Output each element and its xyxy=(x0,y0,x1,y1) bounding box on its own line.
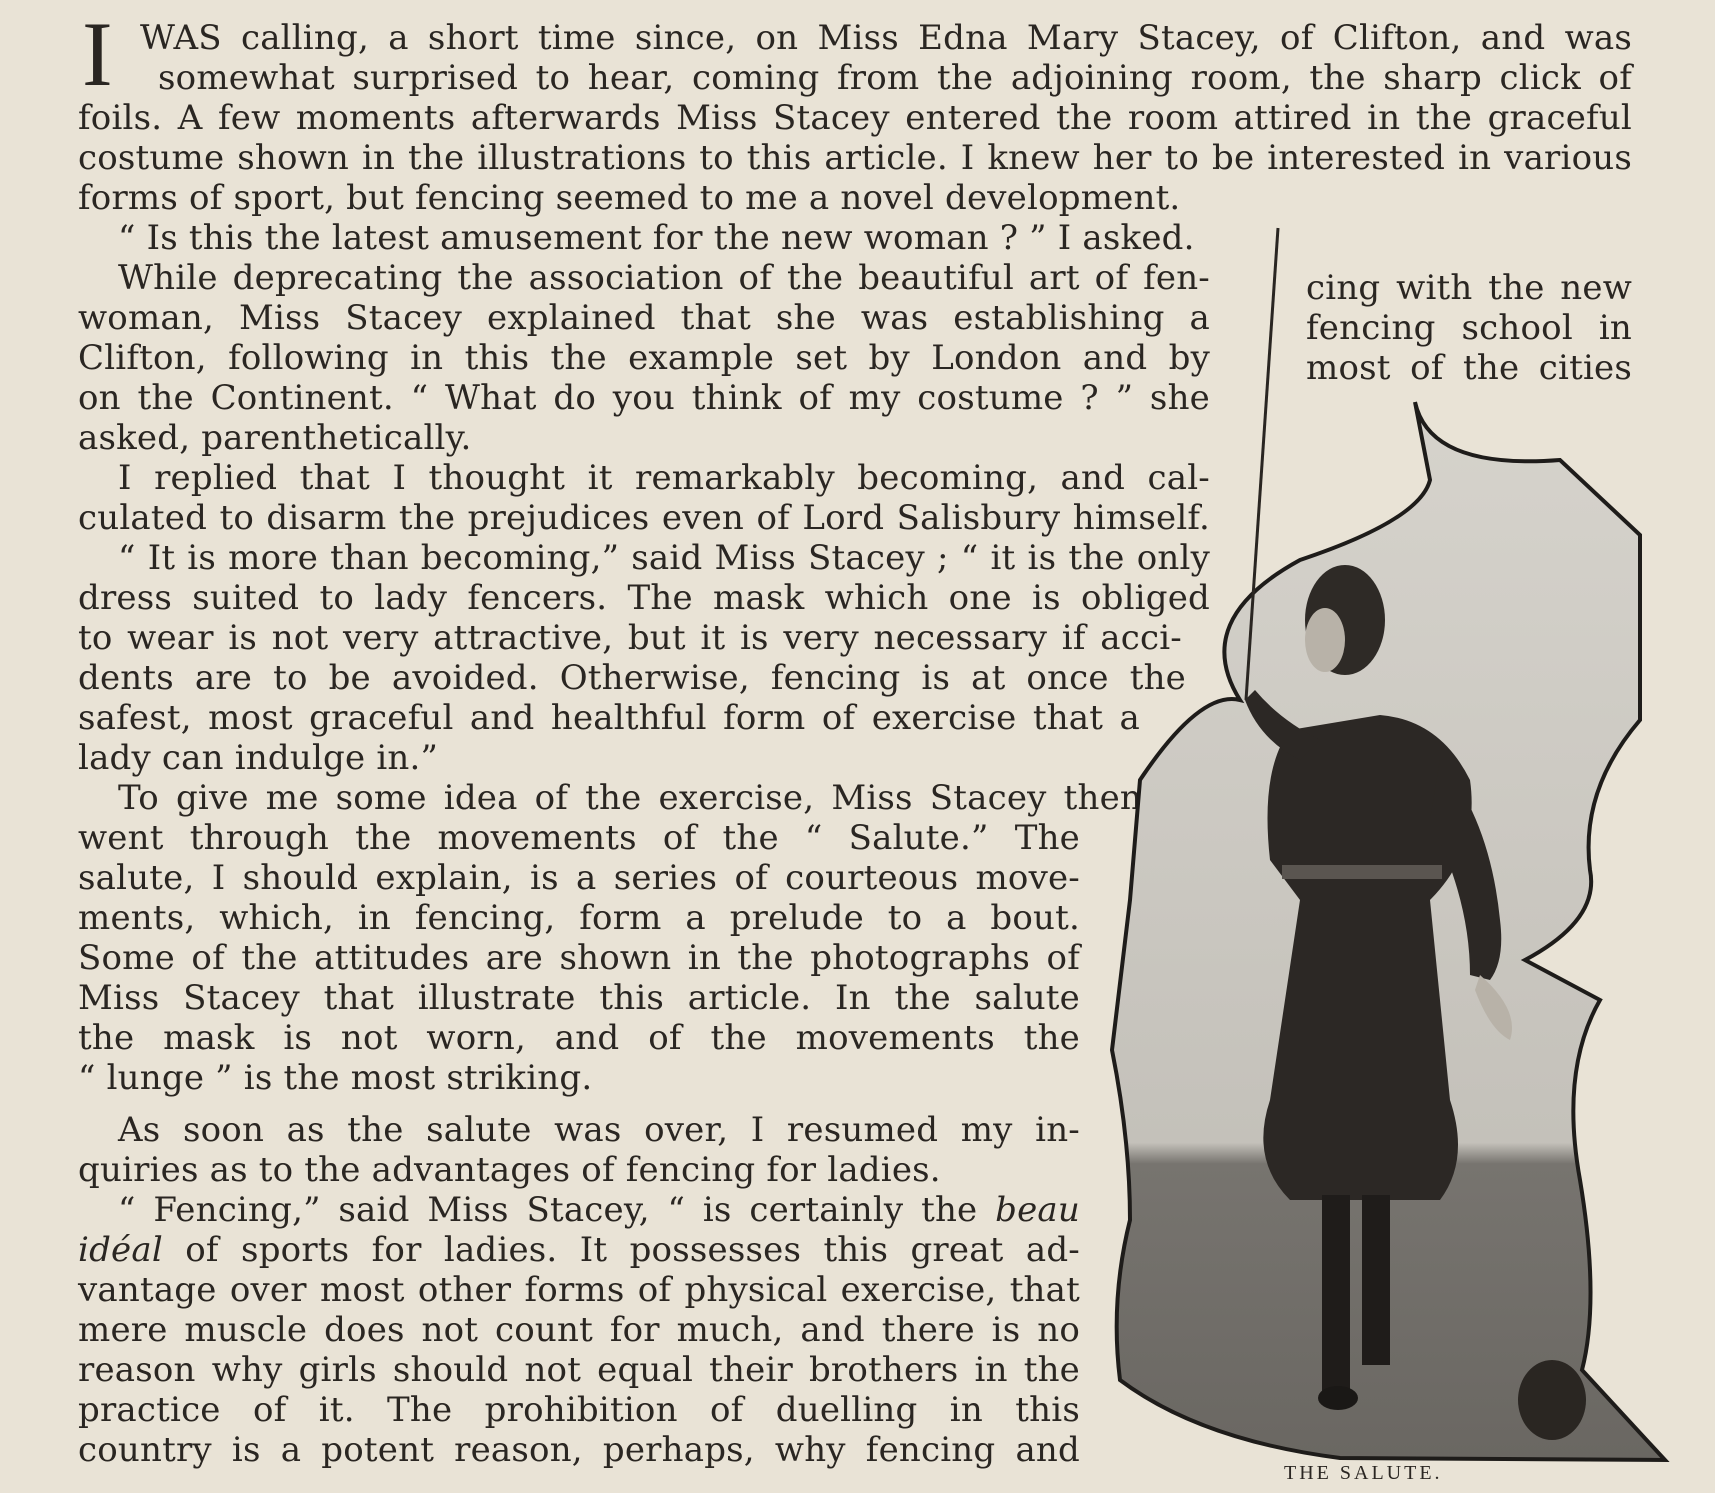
fencer-photograph xyxy=(0,0,1715,1493)
fencing-mask-icon xyxy=(1518,1360,1586,1440)
figure-caption: THE SALUTE. xyxy=(1284,1462,1443,1485)
magazine-page: I WAS calling, a short time since, on Mi… xyxy=(0,0,1715,1493)
figure-legs xyxy=(1322,1195,1350,1395)
